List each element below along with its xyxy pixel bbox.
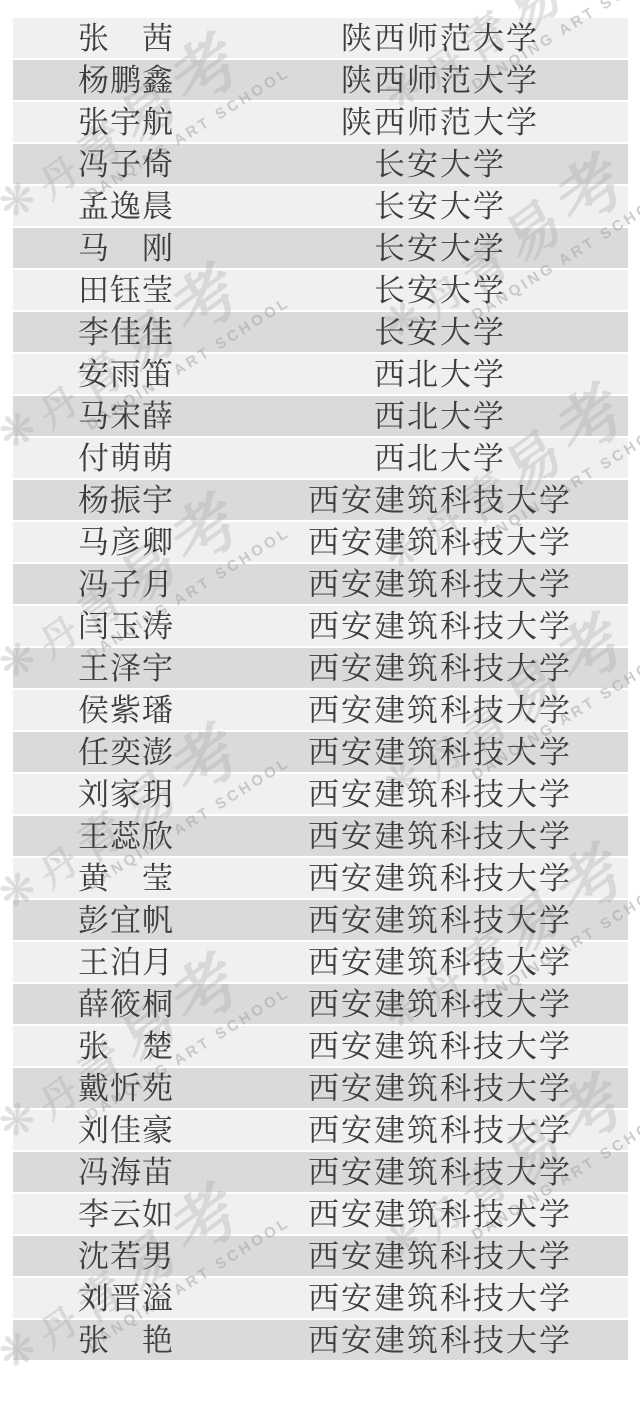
university-name: 西安建筑科技大学: [215, 984, 640, 1024]
table-row: 冯海苗西安建筑科技大学: [13, 1152, 628, 1192]
university-name: 西安建筑科技大学: [215, 774, 640, 814]
university-name: 西北大学: [215, 354, 640, 394]
university-name: 西安建筑科技大学: [215, 648, 640, 688]
student-name: 张 茜: [65, 18, 187, 58]
student-name: 任奕澎: [65, 732, 187, 772]
student-name: 杨振宇: [65, 480, 187, 520]
student-name: 张宇航: [65, 102, 187, 142]
student-name: 王蕊欣: [65, 816, 187, 856]
roster-table: 张 茜陕西师范大学杨鹏鑫陕西师范大学张宇航陕西师范大学冯子倚长安大学孟逸晨长安大…: [13, 18, 628, 1360]
university-name: 西安建筑科技大学: [215, 564, 640, 604]
table-row: 张 楚西安建筑科技大学: [13, 1026, 628, 1066]
university-name: 西安建筑科技大学: [215, 1194, 640, 1234]
table-row: 马彦卿西安建筑科技大学: [13, 522, 628, 562]
university-name: 西安建筑科技大学: [215, 1068, 640, 1108]
table-row: 冯子倚长安大学: [13, 144, 628, 184]
table-row: 杨鹏鑫陕西师范大学: [13, 60, 628, 100]
university-name: 长安大学: [215, 270, 640, 310]
university-name: 陕西师范大学: [215, 102, 640, 142]
university-name: 陕西师范大学: [215, 60, 640, 100]
table-row: 张 艳西安建筑科技大学: [13, 1320, 628, 1360]
student-name: 王泊月: [65, 942, 187, 982]
student-name: 马宋薛: [65, 396, 187, 436]
table-row: 刘家玥西安建筑科技大学: [13, 774, 628, 814]
student-name: 冯子倚: [65, 144, 187, 184]
university-name: 西安建筑科技大学: [215, 900, 640, 940]
university-name: 西安建筑科技大学: [215, 858, 640, 898]
admission-list-screenshot: ❋丹青易考DANQING ART SCHOOL❋丹青易考DANQING ART …: [0, 0, 640, 1401]
student-name: 张 楚: [65, 1026, 187, 1066]
student-name: 冯海苗: [65, 1152, 187, 1192]
table-row: 闫玉涛西安建筑科技大学: [13, 606, 628, 646]
table-row: 杨振宇西安建筑科技大学: [13, 480, 628, 520]
table-row: 王泊月西安建筑科技大学: [13, 942, 628, 982]
university-name: 长安大学: [215, 228, 640, 268]
table-row: 刘晋溢西安建筑科技大学: [13, 1278, 628, 1318]
table-row: 张 茜陕西师范大学: [13, 18, 628, 58]
university-name: 西北大学: [215, 396, 640, 436]
student-name: 侯紫璠: [65, 690, 187, 730]
university-name: 西安建筑科技大学: [215, 1236, 640, 1276]
table-row: 刘佳豪西安建筑科技大学: [13, 1110, 628, 1150]
student-name: 薛筱桐: [65, 984, 187, 1024]
university-name: 陕西师范大学: [215, 18, 640, 58]
university-name: 西安建筑科技大学: [215, 480, 640, 520]
university-name: 长安大学: [215, 144, 640, 184]
student-name: 安雨笛: [65, 354, 187, 394]
table-row: 薛筱桐西安建筑科技大学: [13, 984, 628, 1024]
student-name: 杨鹏鑫: [65, 60, 187, 100]
university-name: 西安建筑科技大学: [215, 816, 640, 856]
student-name: 李云如: [65, 1194, 187, 1234]
student-name: 孟逸晨: [65, 186, 187, 226]
student-name: 李佳佳: [65, 312, 187, 352]
student-name: 闫玉涛: [65, 606, 187, 646]
table-row: 彭宜帆西安建筑科技大学: [13, 900, 628, 940]
student-name: 张 艳: [65, 1320, 187, 1360]
table-row: 马 刚长安大学: [13, 228, 628, 268]
watermark-tile: ❋丹青易考DANQING ART SCHOOL: [0, 0, 339, 16]
student-name: 刘佳豪: [65, 1110, 187, 1150]
university-name: 长安大学: [215, 312, 640, 352]
table-row: 李佳佳长安大学: [13, 312, 628, 352]
table-row: 王蕊欣西安建筑科技大学: [13, 816, 628, 856]
student-name: 马 刚: [65, 228, 187, 268]
university-name: 西安建筑科技大学: [215, 1152, 640, 1192]
table-row: 戴忻苑西安建筑科技大学: [13, 1068, 628, 1108]
university-name: 西安建筑科技大学: [215, 1110, 640, 1150]
university-name: 西安建筑科技大学: [215, 1026, 640, 1066]
table-row: 沈若男西安建筑科技大学: [13, 1236, 628, 1276]
table-row: 孟逸晨长安大学: [13, 186, 628, 226]
university-name: 西安建筑科技大学: [215, 1320, 640, 1360]
table-row: 李云如西安建筑科技大学: [13, 1194, 628, 1234]
student-name: 付萌萌: [65, 438, 187, 478]
student-name: 刘家玥: [65, 774, 187, 814]
table-row: 安雨笛西北大学: [13, 354, 628, 394]
table-row: 王泽宇西安建筑科技大学: [13, 648, 628, 688]
university-name: 西安建筑科技大学: [215, 732, 640, 772]
table-row: 冯子月西安建筑科技大学: [13, 564, 628, 604]
table-row: 马宋薛西北大学: [13, 396, 628, 436]
student-name: 戴忻苑: [65, 1068, 187, 1108]
table-row: 张宇航陕西师范大学: [13, 102, 628, 142]
student-name: 彭宜帆: [65, 900, 187, 940]
student-name: 马彦卿: [65, 522, 187, 562]
university-name: 西安建筑科技大学: [215, 942, 640, 982]
university-name: 西安建筑科技大学: [215, 606, 640, 646]
student-name: 沈若男: [65, 1236, 187, 1276]
student-name: 刘晋溢: [65, 1278, 187, 1318]
table-row: 田钰莹长安大学: [13, 270, 628, 310]
watermark-cjk-char: 考: [548, 0, 633, 9]
table-row: 侯紫璠西安建筑科技大学: [13, 690, 628, 730]
university-name: 西安建筑科技大学: [215, 690, 640, 730]
university-name: 西安建筑科技大学: [215, 522, 640, 562]
university-name: 长安大学: [215, 186, 640, 226]
student-name: 黄 莹: [65, 858, 187, 898]
student-name: 田钰莹: [65, 270, 187, 310]
student-name: 冯子月: [65, 564, 187, 604]
student-name: 王泽宇: [65, 648, 187, 688]
table-row: 付萌萌西北大学: [13, 438, 628, 478]
university-name: 西安建筑科技大学: [215, 1278, 640, 1318]
university-name: 西北大学: [215, 438, 640, 478]
table-row: 任奕澎西安建筑科技大学: [13, 732, 628, 772]
table-row: 黄 莹西安建筑科技大学: [13, 858, 628, 898]
